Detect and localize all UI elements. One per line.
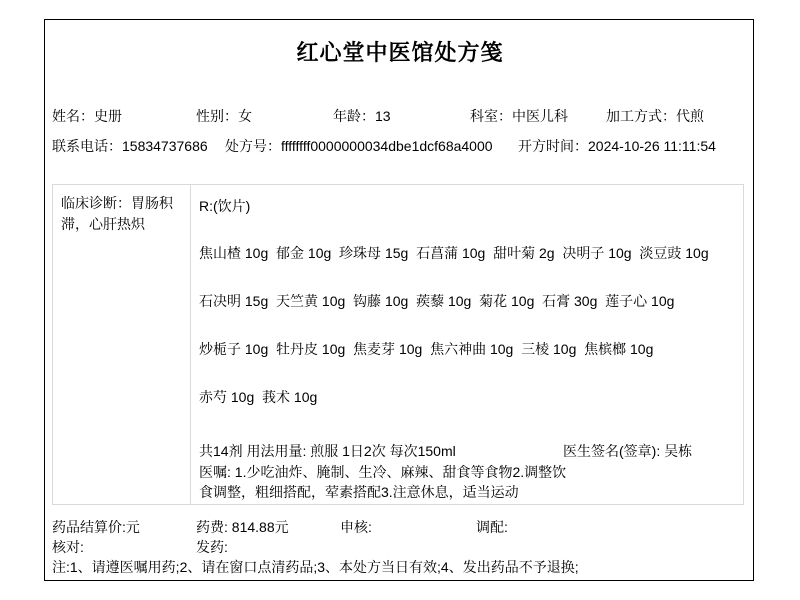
doctor-signature-field: 医生签名(签章): 吴栋 <box>563 442 692 460</box>
clinical-diagnosis-cell: 临床诊断：胃肠积滞，心肝热炽 <box>53 185 191 504</box>
prescription-number-field: 处方号：ffffffff0000000034dbe1dcf68a4000 <box>225 137 493 155</box>
patient-name-field: 姓名：史册 <box>52 107 122 125</box>
herb-line: 焦山楂 10g 郁金 10g 珍珠母 15g 石菖蒲 10g 甜叶菊 2g 决明… <box>199 244 709 262</box>
patient-age-value: 13 <box>375 108 391 124</box>
herb-line: 炒栀子 10g 牡丹皮 10g 焦麦芽 10g 焦六神曲 10g 三棱 10g … <box>199 340 653 358</box>
prescription-time-label: 开方时间： <box>518 138 588 154</box>
processing-method-label: 加工方式： <box>606 108 676 124</box>
processing-method-value: 代煎 <box>676 108 704 124</box>
dosage-line: 共14剂 用法用量: 煎服 1日2次 每次150ml <box>199 442 456 460</box>
herb-line: 赤芍 10g 莪术 10g <box>199 388 317 406</box>
contact-phone-label: 联系电话： <box>52 138 122 154</box>
doctor-signature-value: 吴栋 <box>664 443 692 459</box>
patient-gender-field: 性别：女 <box>196 107 252 125</box>
prescription-number-value: ffffffff0000000034dbe1dcf68a4000 <box>281 138 493 154</box>
patient-name-label: 姓名： <box>52 108 94 124</box>
patient-name-value: 史册 <box>94 108 122 124</box>
medicine-fee-label: 药费: <box>196 519 232 535</box>
patient-gender-label: 性别： <box>196 108 238 124</box>
prescription-time-field: 开方时间：2024-10-26 11:11:54 <box>518 137 716 155</box>
contact-phone-field: 联系电话：15834737686 <box>52 137 208 155</box>
contact-phone-value: 15834737686 <box>122 138 208 154</box>
medicine-fee-field: 药费: 814.88元 <box>196 518 289 536</box>
issue-field: 发药: <box>196 538 228 556</box>
settlement-price-field: 药品结算价:元 <box>52 518 140 536</box>
review-field: 申核: <box>340 518 372 536</box>
patient-gender-value: 女 <box>238 108 252 124</box>
patient-department-label: 科室： <box>470 108 512 124</box>
prescription-time-value: 2024-10-26 11:11:54 <box>588 138 716 154</box>
prescription-box: 临床诊断：胃肠积滞，心肝热炽 R:(饮片) 焦山楂 10g 郁金 10g 珍珠母… <box>52 184 744 505</box>
page-title: 红心堂中医馆处方笺 <box>0 36 800 67</box>
dispense-field: 调配: <box>476 518 508 536</box>
rx-header: R:(饮片) <box>199 197 250 215</box>
processing-method-field: 加工方式：代煎 <box>606 107 704 125</box>
patient-department-field: 科室：中医儿科 <box>470 107 568 125</box>
herb-line: 石决明 15g 天竺黄 10g 钩藤 10g 蒺藜 10g 菊花 10g 石膏 … <box>199 292 674 310</box>
prescription-page: 红心堂中医馆处方笺 姓名：史册 性别：女 年龄：13 科室：中医儿科 加工方式：… <box>0 0 800 600</box>
doctor-signature-label: 医生签名(签章): <box>563 443 664 459</box>
patient-age-field: 年龄：13 <box>333 107 391 125</box>
patient-age-label: 年龄： <box>333 108 375 124</box>
medical-advice: 医嘱: 1.少吃油炸、腌制、生冷、麻辣、甜食等食物2.调整饮食调整，粗细搭配，荤… <box>199 462 567 502</box>
patient-department-value: 中医儿科 <box>512 108 568 124</box>
check-field: 核对: <box>52 538 84 556</box>
prescription-number-label: 处方号： <box>225 138 281 154</box>
medicine-fee-value: 814.88元 <box>232 519 289 535</box>
clinical-diagnosis-label: 临床诊断： <box>61 195 131 211</box>
footer-note: 注:1、请遵医嘱用药;2、请在窗口点清药品;3、本处方当日有效;4、发出药品不予… <box>52 558 579 576</box>
